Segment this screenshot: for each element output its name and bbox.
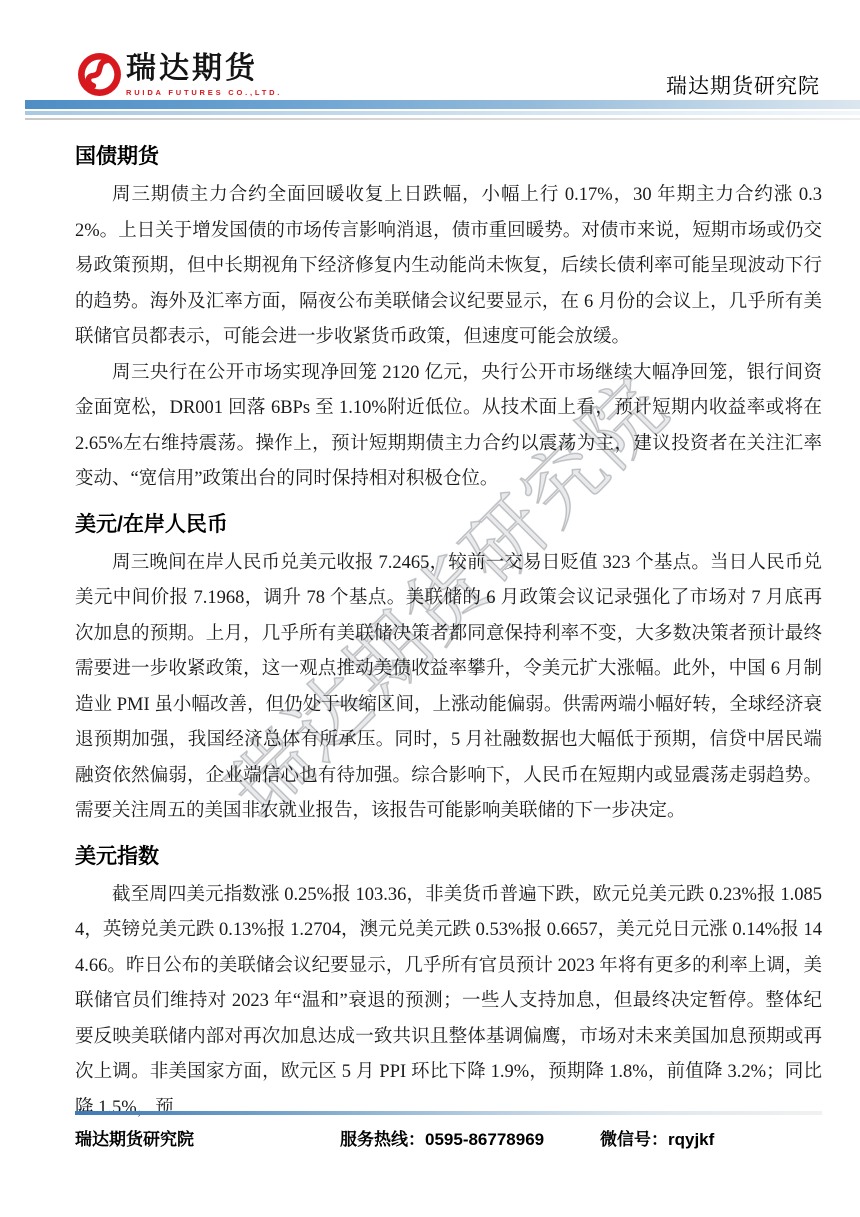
footer-hotline-label: 服务热线： — [340, 1130, 425, 1149]
paragraph: 周三央行在公开市场实现净回笼 2120 亿元，央行公开市场继续大幅净回笼，银行间… — [75, 356, 822, 498]
brand-name: 瑞达期货 — [126, 52, 282, 86]
header-logo: 瑞达期货 RUIDA FUTURES CO.,LTD. — [77, 52, 282, 97]
header-title: 瑞达期货研究院 — [666, 70, 820, 100]
header-divider-sub-bar — [25, 111, 860, 115]
header-divider — [25, 100, 860, 120]
paragraph: 截至周四美元指数涨 0.25%报 103.36，非美货币普遍下跌，欧元兑美元跌 … — [75, 878, 822, 1127]
section-heading-treasury-futures: 国债期货 — [75, 144, 822, 170]
section-heading-usd-index: 美元指数 — [75, 844, 822, 870]
footer-wechat: 微信号：rqyjkf — [600, 1125, 714, 1150]
brand-block: 瑞达期货 RUIDA FUTURES CO.,LTD. — [126, 52, 282, 97]
section-heading-usd-cny: 美元/在岸人民币 — [75, 512, 822, 538]
brand-subtitle: RUIDA FUTURES CO.,LTD. — [126, 88, 282, 97]
footer-wechat-label: 微信号： — [600, 1130, 668, 1149]
report-body: 国债期货 周三期债主力合约全面回暖收复上日跌幅，小幅上行 0.17%，30 年期… — [75, 128, 822, 1126]
footer-hotline: 服务热线：0595-86778969 — [340, 1125, 544, 1150]
footer-org: 瑞达期货研究院 — [75, 1125, 194, 1150]
report-page: 瑞达期货 RUIDA FUTURES CO.,LTD. 瑞达期货研究院 瑞达期货… — [0, 0, 860, 1217]
paragraph: 周三晚间在岸人民币兑美元收报 7.2465，较前一交易日贬值 323 个基点。当… — [75, 546, 822, 830]
footer-wechat-id: rqyjkf — [668, 1130, 714, 1149]
footer: 瑞达期货研究院 服务热线：0595-86778969 微信号：rqyjkf — [75, 1125, 822, 1151]
header-divider-hairline — [25, 118, 860, 120]
ruida-emblem-icon — [77, 52, 122, 97]
footer-divider — [75, 1111, 822, 1115]
paragraph: 周三期债主力合约全面回暖收复上日跌幅，小幅上行 0.17%，30 年期主力合约涨… — [75, 178, 822, 356]
footer-hotline-number: 0595-86778969 — [425, 1130, 544, 1149]
header-divider-main-bar — [25, 100, 860, 109]
